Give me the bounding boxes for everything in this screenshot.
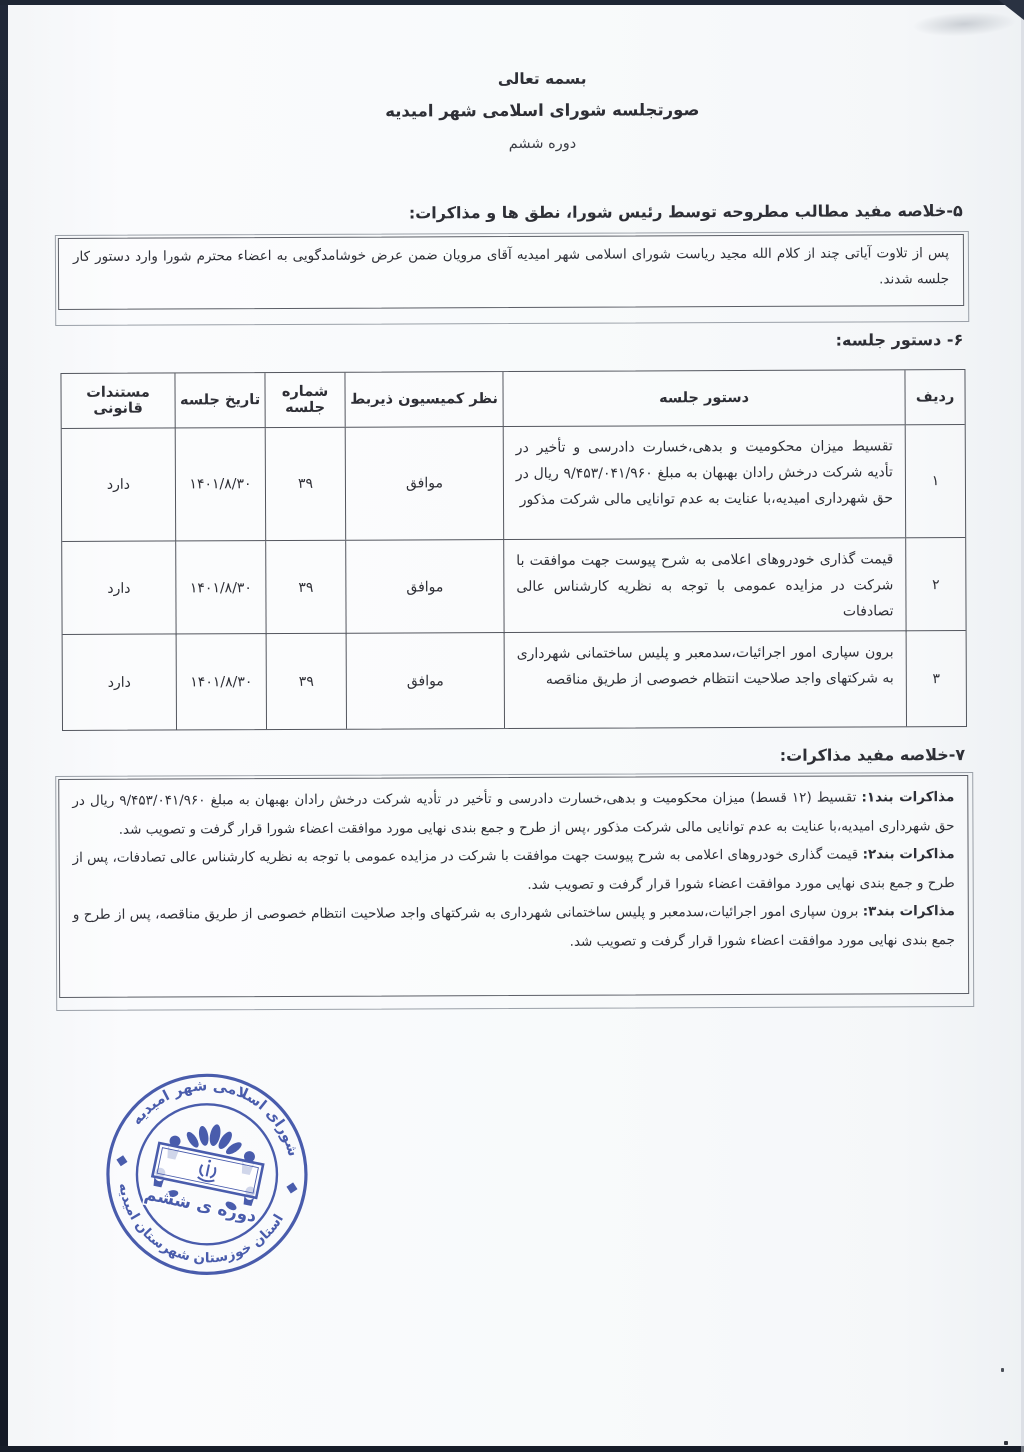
- cell-commission: موافق: [345, 540, 503, 635]
- section7-heading: ۷-خلاصه مفید مذاکرات:: [780, 745, 966, 765]
- table-row: ۳ برون سپاری امور اجرائیات،سدمعبر و پلیس…: [63, 631, 966, 730]
- cell-legal-docs: دارد: [62, 541, 175, 635]
- cell-agenda: تقسیط میزان محکومیت و بدهی،خسارت دادرسی …: [503, 425, 905, 539]
- council-term: دوره ششم: [63, 134, 1021, 154]
- section7-body: مذاکرات بند۱: تقسیط (۱۲ قسط) میزان محکوم…: [58, 775, 969, 998]
- stamp-diamond-icon: [286, 1182, 297, 1193]
- paragraph-text: تقسیط (۱۲ قسط) میزان محکومیت و بدهی،خسار…: [72, 789, 954, 837]
- col-header-date: تاریخ جلسه: [174, 373, 264, 427]
- agenda-table: ردیف دستور جلسه نظر کمیسیون ذیربط شماره …: [60, 369, 967, 731]
- cell-commission: موافق: [346, 633, 504, 729]
- cell-session-no: ۳۹: [265, 541, 345, 635]
- paragraph-text: برون سپاری امور اجرائیات،سدمعبر و پلیس س…: [73, 903, 955, 949]
- cell-row-no: ۲: [905, 538, 965, 632]
- negotiation-paragraph: مذاکرات بند۱: تقسیط (۱۲ قسط) میزان محکوم…: [72, 783, 954, 844]
- cell-date: ۱۴۰۱/۸/۳۰: [176, 634, 266, 729]
- besmele-line: بسمه تعالی: [63, 68, 1021, 90]
- cell-agenda: برون سپاری امور اجرائیات،سدمعبر و پلیس س…: [504, 631, 906, 728]
- cell-date: ۱۴۰۱/۸/۳۰: [175, 541, 265, 635]
- col-header-row-no: ردیف: [904, 370, 964, 424]
- council-stamp-seal-icon: شورای اسلامی شهر امیدیه استان خوزستان شه…: [77, 1044, 337, 1304]
- negotiation-paragraph: مذاکرات بند۳: برون سپاری امور اجرائیات،س…: [73, 897, 955, 958]
- table-row: ۲ قیمت گذاری خودروهای اعلامی به شرح پیوس…: [62, 538, 965, 635]
- col-header-agenda: دستور جلسه: [502, 370, 904, 426]
- section5-heading: ۵-خلاصه مفید مطالب مطروحه توسط رئیس شورا…: [409, 201, 963, 222]
- paragraph-label: مذاکرات بند۲:: [863, 846, 955, 862]
- paragraph-label: مذاکرات بند۳:: [863, 903, 955, 919]
- section6-heading: ۶- دستور جلسه:: [836, 330, 964, 350]
- col-header-session-no: شماره جلسه: [264, 373, 344, 427]
- paragraph-text: قیمت گذاری خودروهای اعلامی به شرح پیوست …: [73, 846, 955, 892]
- cell-date: ۱۴۰۱/۸/۳۰: [175, 428, 265, 540]
- col-header-commission: نظر کمیسیون ذیربط: [344, 372, 502, 427]
- cell-row-no: ۳: [906, 631, 966, 726]
- document-page: بسمه تعالی صورتجلسه شورای اسلامی شهر امی…: [0, 0, 1024, 1452]
- cell-row-no: ۱: [905, 425, 965, 537]
- table-row: ۱ تقسیط میزان محکومیت و بدهی،خسارت دادرس…: [62, 425, 965, 542]
- agenda-table-header-row: ردیف دستور جلسه نظر کمیسیون ذیربط شماره …: [61, 370, 964, 429]
- cell-legal-docs: دارد: [62, 428, 175, 540]
- cell-agenda: قیمت گذاری خودروهای اعلامی به شرح پیوست …: [503, 538, 905, 634]
- col-header-legal-docs: مستندات قانونی: [61, 373, 174, 427]
- paragraph-label: مذاکرات بند۱:: [861, 789, 954, 805]
- document-title: صورتجلسه شورای اسلامی شهر امیدیه: [63, 99, 1021, 122]
- section5-body: پس از تلاوت آیاتی چند از کلام الله مجید …: [58, 234, 964, 310]
- cell-commission: موافق: [345, 427, 503, 540]
- negotiation-paragraph: مذاکرات بند۲: قیمت گذاری خودروهای اعلامی…: [73, 840, 955, 901]
- cell-legal-docs: دارد: [63, 634, 176, 729]
- cell-session-no: ۳۹: [266, 634, 346, 729]
- council-stamp: شورای اسلامی شهر امیدیه استان خوزستان شه…: [77, 1044, 337, 1304]
- cell-session-no: ۳۹: [265, 428, 345, 540]
- stamp-diamond-icon: [116, 1155, 127, 1166]
